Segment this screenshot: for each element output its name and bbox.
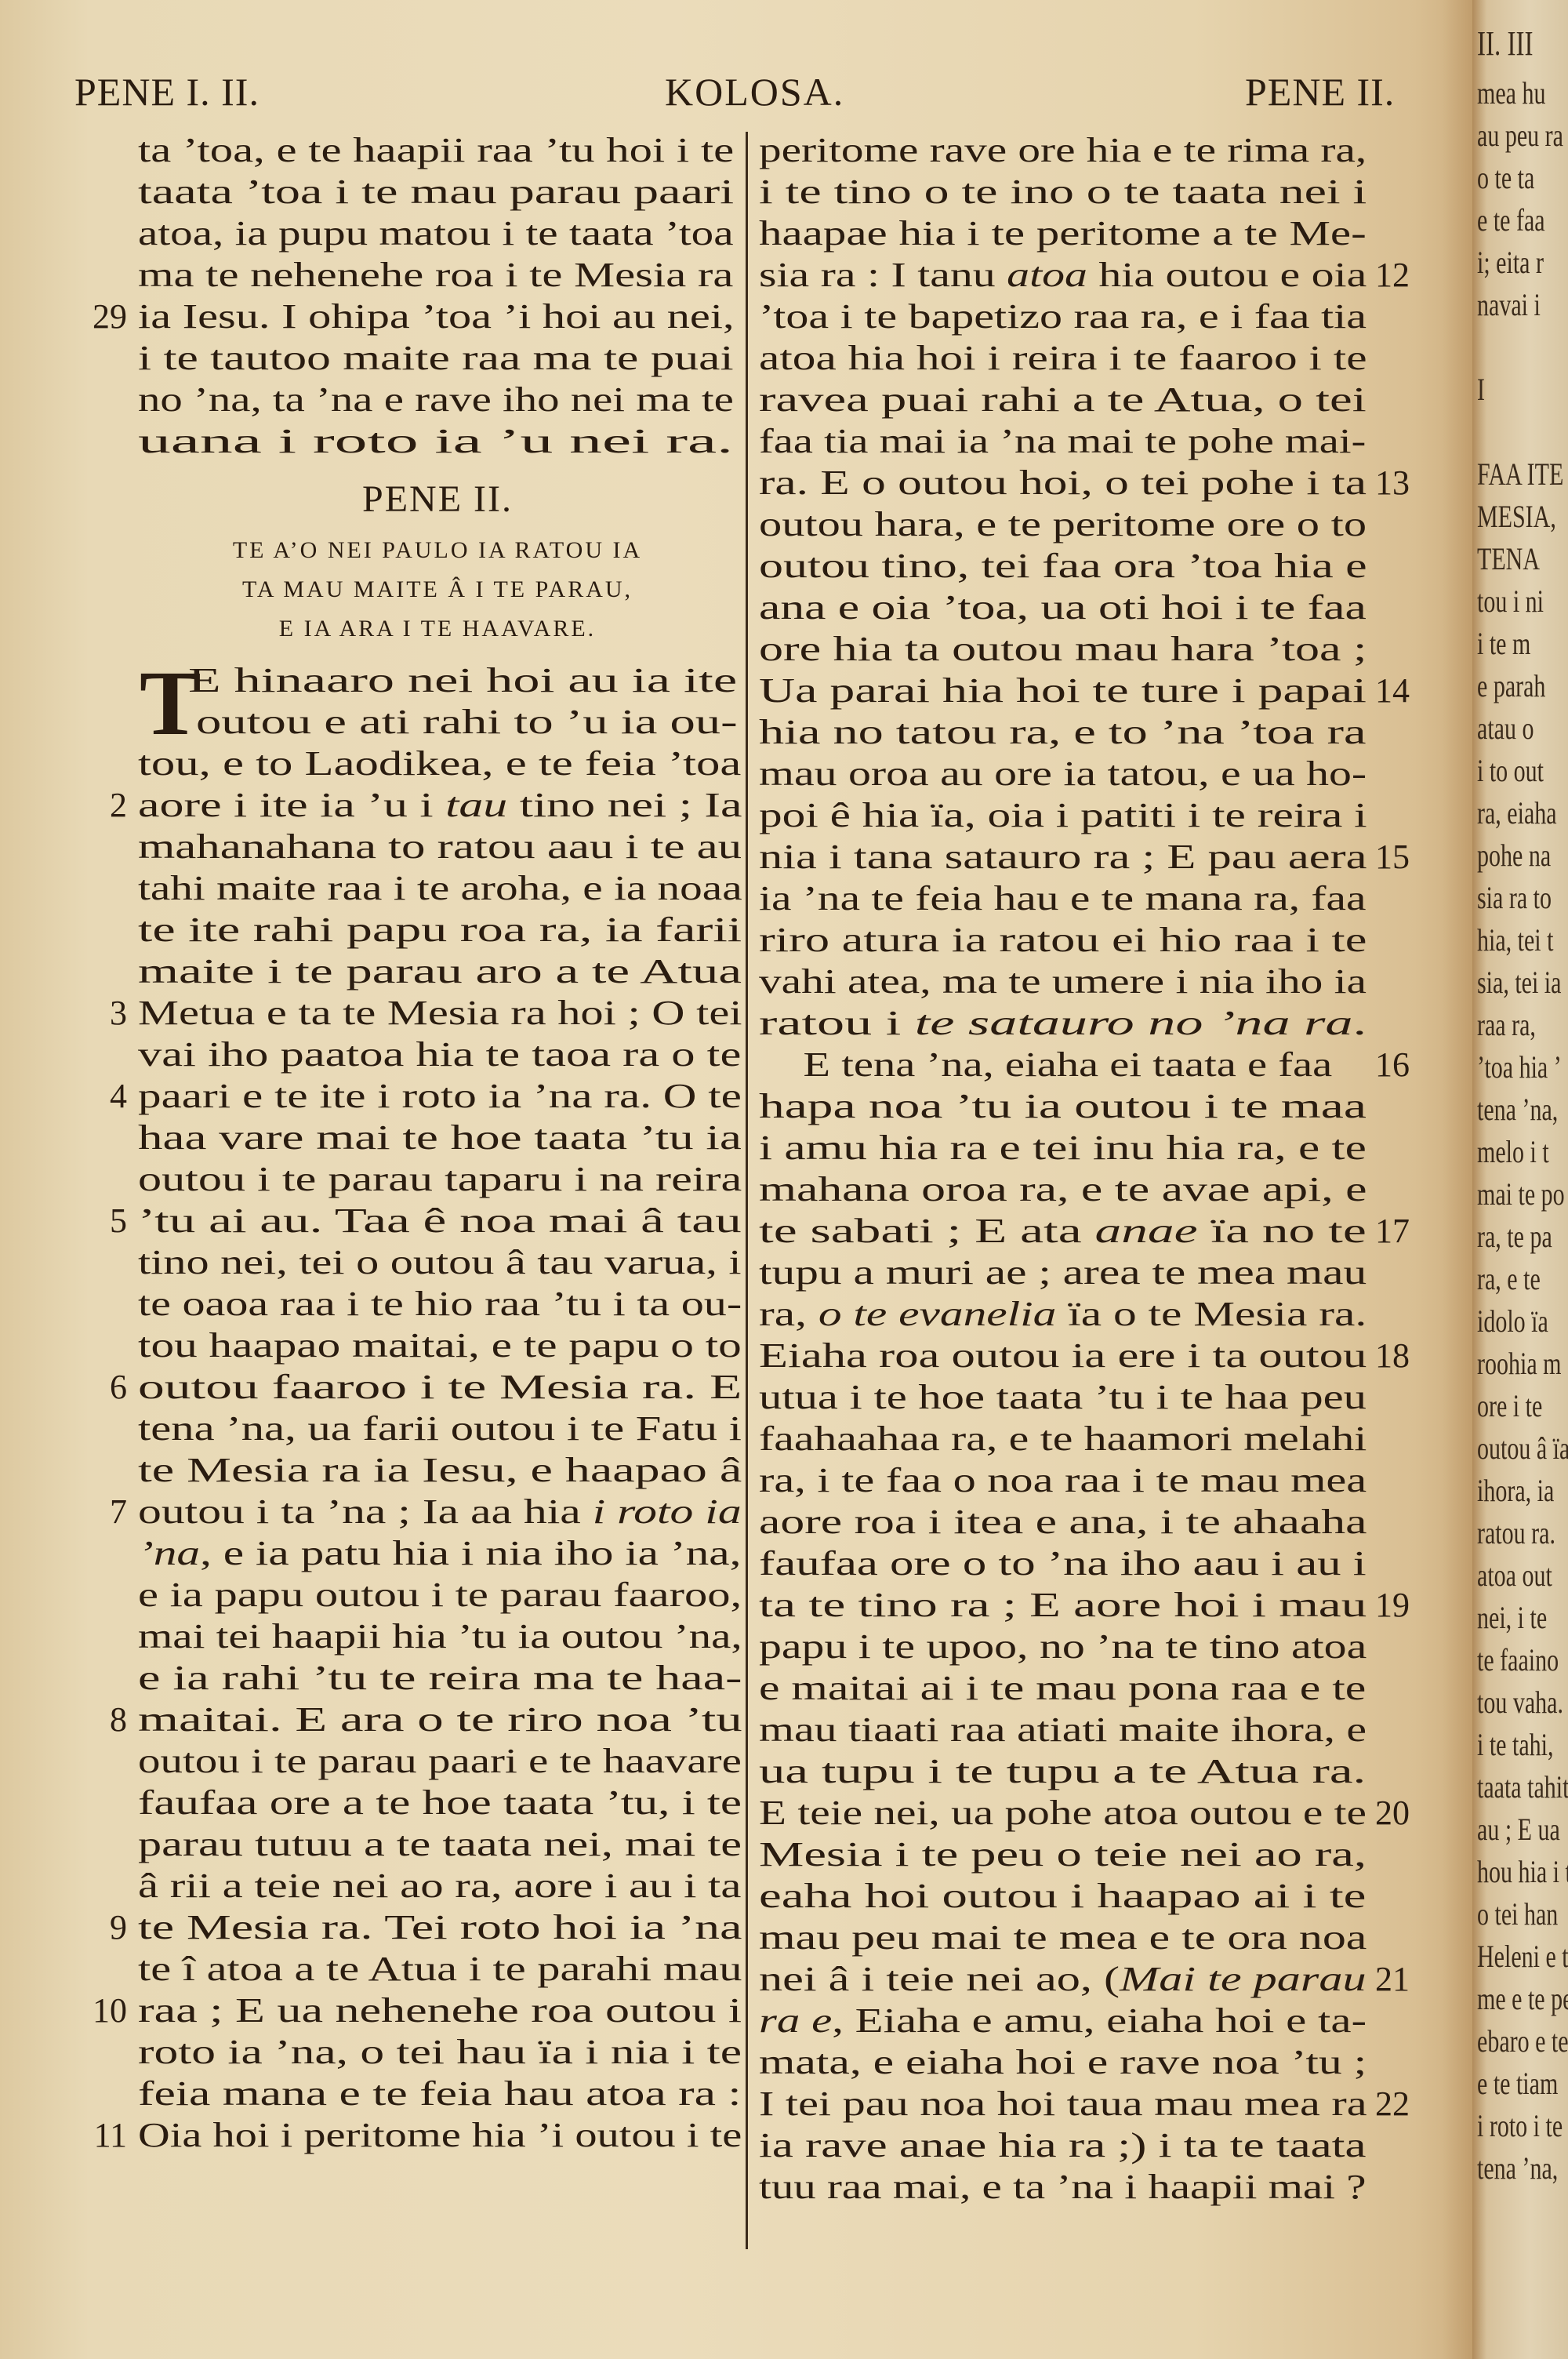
verse-text: eaha hoi outou i haapao ai i te	[759, 1875, 1366, 1917]
verse-line: uana i roto ia ’u nei ra.	[71, 420, 737, 462]
next-page-line: o tei han	[1477, 1896, 1558, 1932]
verse-line: 29ia Iesu. I ohipa ’toa ’i hoi au nei,	[71, 296, 737, 337]
verse-number: 16	[1375, 1044, 1422, 1085]
verse-text: I tei pau noa hoi taua mau mea ra	[759, 2083, 1367, 2125]
verse-line: tena ’na, ua farii outou i te Fatu i	[71, 1408, 737, 1449]
verse-text: sia ra : I tanu atoa hia outou e oia	[759, 254, 1367, 296]
verse-text: te Mesia ra ia Iesu, e haapao â	[138, 1449, 742, 1491]
verse-number: 7	[71, 1491, 127, 1532]
verse-line: 20E teie nei, ua pohe atoa outou e te	[759, 1792, 1425, 1834]
verse-text: ’toa i te bapetizo raa ra, e i faa tia	[759, 296, 1367, 337]
next-page-line: e parah	[1477, 667, 1545, 704]
verse-number: 8	[71, 1699, 127, 1740]
verse-text: outou i te parau paari e te haavare	[138, 1740, 742, 1782]
next-page-line: sia ra to	[1477, 879, 1552, 916]
verse-line: vai iho paatoa hia te taoa ra o te	[71, 1034, 737, 1075]
verse-line: hapa noa ’tu ia outou i te maa	[759, 1085, 1425, 1127]
verse-text: E tena ’na, eiaha ei taata e faa	[759, 1044, 1332, 1085]
verse-number: 11	[71, 2114, 127, 2156]
verse-line: 11Oia hoi i peritome hia ’i outou i te	[71, 2114, 737, 2156]
verse-number: 5	[71, 1200, 127, 1241]
summary-line: TE A’O NEI PAULO IA RATOU IA	[138, 531, 737, 570]
verse-text: feia mana e te feia hau atoa ra :	[138, 2073, 742, 2114]
next-page-line: taata tahit	[1477, 1768, 1568, 1805]
verse-line: mai tei haapii hia ’tu ia outou ’na,	[71, 1616, 737, 1657]
next-page-line: roohia m	[1477, 1345, 1561, 1382]
verse-text: Oia hoi i peritome hia ’i outou i te	[138, 2114, 742, 2156]
verse-text: ra. E o outou hoi, o tei pohe i ta	[759, 462, 1367, 503]
verse-text: vahi atea, ma te umere i nia iho ia	[759, 961, 1367, 1002]
verse-line: i te tino o te ino o te taata nei i	[759, 171, 1425, 213]
next-page-line: te faaino	[1477, 1641, 1559, 1678]
next-page-line: tena ’na,	[1477, 1091, 1558, 1128]
verse-text: haa vare mai te hoe taata ’tu ia	[138, 1117, 742, 1158]
verse-line: 22I tei pau noa hoi taua mau mea ra	[759, 2083, 1425, 2125]
verse-number: 2	[71, 784, 127, 826]
verse-text: outou hara, e te peritome ore o to	[759, 503, 1367, 545]
next-page-line: tou i ni	[1477, 583, 1544, 620]
verse-text: poi ê hia ïa, oia i patiti i te reira i	[759, 794, 1367, 836]
verse-line: ra, i te faa o noa raa i te mau mea	[759, 1459, 1425, 1501]
verse-text: raa ; E ua nehenehe roa outou i	[138, 1990, 742, 2031]
next-page-line: i to out	[1477, 752, 1544, 789]
verse-line: 8maitai. E ara o te riro noa ’tu	[71, 1699, 737, 1740]
verse-line: ra, o te evanelia ïa o te Mesia ra.	[759, 1293, 1425, 1335]
verse-text: Ua parai hia hoi te ture i papai	[759, 670, 1367, 711]
verse-line: 17te sabati ; E ata anae ïa no te	[759, 1210, 1425, 1252]
verse-text: te oaoa raa i te hio raa ’tu i ta ou-	[138, 1283, 742, 1325]
verse-text: outou faaroo i te Mesia ra. E	[138, 1366, 742, 1408]
verse-text: atoa hia hoi i reira i te faaroo i te	[759, 337, 1367, 379]
verse-line: ia ’na te feia hau e te mana ra, faa	[759, 878, 1425, 919]
verse-line: poi ê hia ïa, oia i patiti i te reira i	[759, 794, 1425, 836]
verse-text: e maitai ai i te mau pona raa e te	[759, 1667, 1366, 1709]
verse-line: faufaa ore a te hoe taata ’tu, i te	[71, 1782, 737, 1823]
verse-text: tupu a muri ae ; area te mea mau	[759, 1252, 1367, 1293]
verse-line: 13ra. E o outou hoi, o tei pohe i ta	[759, 462, 1425, 503]
verse-line: faahaahaa ra, e te haamori melahi	[759, 1418, 1425, 1459]
verse-line: mau peu mai te mea e te ora noa	[759, 1917, 1425, 1958]
verse-text: tou haapao maitai, e te papu o to	[138, 1325, 742, 1366]
verse-line: 18Eiaha roa outou ia ere i ta outou	[759, 1335, 1425, 1376]
verse-number: 17	[1375, 1210, 1422, 1252]
verse-line: haapae hia i te peritome a te Me-	[759, 213, 1425, 254]
verse-text: tou, e to Laodikea, e te feia ’toa	[138, 743, 741, 784]
verse-text: Mesia i te peu o teie nei ao ra,	[759, 1834, 1367, 1875]
verse-number: 18	[1375, 1335, 1422, 1376]
verse-line: peritome rave ore hia e te rima ra,	[759, 129, 1425, 171]
verse-line: 5’tu ai au. Taa ê noa mai â tau	[71, 1200, 737, 1241]
next-page-line: atau o	[1477, 710, 1534, 747]
verse-text: peritome rave ore hia e te rima ra,	[759, 129, 1367, 171]
verse-text: faufaa ore a te hoe taata ’tu, i te	[138, 1782, 742, 1823]
verse-line: riro atura ia ratou ei hio raa i te	[759, 919, 1425, 961]
verse-line: mata, e eiaha hoi e rave noa ’tu ;	[759, 2041, 1425, 2083]
verse-line: eaha hoi outou i haapao ai i te	[759, 1875, 1425, 1917]
verse-line: te ite rahi papu roa ra, ia farii	[71, 909, 737, 951]
verse-line: utua i te hoe taata ’tu i te haa peu	[759, 1376, 1425, 1418]
chapter-heading: PENE II.	[71, 468, 737, 531]
verse-number: 3	[71, 992, 127, 1034]
verse-text: ana e oia ’toa, ua oti hoi i te faa	[759, 587, 1367, 628]
chapter-summary: TE A’O NEI PAULO IA RATOU IATA MAU MAITE…	[71, 531, 737, 649]
verse-line: e maitai ai i te mau pona raa e te	[759, 1667, 1425, 1709]
verse-line: tahi maite raa i te aroha, e ia noaa	[71, 867, 737, 909]
verse-line: ana e oia ’toa, ua oti hoi i te faa	[759, 587, 1425, 628]
verse-text: i te tautoo maite raa ma te puai	[138, 337, 734, 379]
next-page-line: Heleni e te	[1477, 1938, 1568, 1975]
verse-text: ravea puai rahi a te Atua, o tei	[759, 379, 1367, 420]
verse-text: ra e, Eiaha e amu, eiaha hoi e ta-	[759, 2000, 1367, 2041]
italic-span: atoa	[1007, 256, 1087, 294]
verse-text: te sabati ; E ata anae ïa no te	[759, 1210, 1367, 1252]
next-page-line: e te faa	[1477, 202, 1545, 238]
next-page-line: mea hu	[1477, 75, 1545, 111]
verse-text: hapa noa ’tu ia outou i te maa	[759, 1085, 1367, 1127]
verse-line: â rii a teie nei ao ra, aore i au i ta	[71, 1865, 737, 1906]
verse-line: atoa hia hoi i reira i te faaroo i te	[759, 337, 1425, 379]
verse-line: feia mana e te feia hau atoa ra :	[71, 2073, 737, 2114]
verse-line: 19ta te tino ra ; E aore hoi i mau	[759, 1584, 1425, 1626]
verse-text: mau peu mai te mea e te ora noa	[759, 1917, 1367, 1958]
verse-text: ia rave anae hia ra ;) i ta te taata	[759, 2125, 1367, 2166]
next-page-line: tena ’na,	[1477, 2150, 1558, 2186]
verse-text: mahanahana to ratou aau i te au	[138, 826, 742, 867]
verse-line: 12sia ra : I tanu atoa hia outou e oia	[759, 254, 1425, 296]
verse-line: te î atoa a te Atua i te parahi mau	[71, 1948, 737, 1990]
verse-number: 21	[1375, 1958, 1422, 2000]
next-page-running-head: II. III	[1477, 24, 1533, 64]
next-page-line: i te tahi,	[1477, 1726, 1553, 1763]
verse-text: te Mesia ra. Tei roto hoi ia ’na	[138, 1906, 742, 1948]
verse-line: papu i te upoo, no ’na te tino atoa	[759, 1626, 1425, 1667]
verse-line: ratou i te satauro no ’na ra.	[759, 1002, 1425, 1044]
verse-text: tahi maite raa i te aroha, e ia noaa	[138, 867, 742, 909]
verse-line: 9te Mesia ra. Tei roto hoi ia ’na	[71, 1906, 737, 1948]
next-page-line: MESIA,	[1477, 498, 1556, 535]
verse-line: outou i te parau taparu i na reira	[71, 1158, 737, 1200]
column-divider	[746, 132, 748, 2249]
next-page-line: ’toa hia ’	[1477, 1049, 1562, 1085]
verse-number: 14	[1375, 670, 1422, 711]
verse-text: mau tiaati raa atiati maite ihora, e	[759, 1709, 1367, 1750]
running-head-title: KOLOSA.	[665, 69, 844, 114]
verse-text: E teie nei, ua pohe atoa outou e te	[759, 1792, 1367, 1834]
verse-text: mahana oroa ra, e te avae api, e	[759, 1169, 1367, 1210]
verse-text: outou tino, tei faa ora ’toa hia e	[759, 545, 1367, 587]
italic-span: tau	[445, 786, 507, 824]
next-page-line: FAA ITE	[1477, 456, 1563, 493]
next-page-line: i te m	[1477, 625, 1530, 662]
verse-text: i amu hia ra e tei inu hia ra, e te	[759, 1127, 1367, 1169]
verse-line: e ia papu outou i te parau faaroo,	[71, 1574, 737, 1616]
verse-text: maitai. E ara o te riro noa ’tu	[138, 1699, 742, 1740]
verse-line: faa tia mai ia ’na mai te pohe mai-	[759, 420, 1425, 462]
next-page-line: ihora, ia	[1477, 1472, 1554, 1509]
verse-text: mata, e eiaha hoi e rave noa ’tu ;	[759, 2041, 1367, 2083]
verse-line: roto ia ’na, o tei hau ïa i nia i te	[71, 2031, 737, 2073]
running-head-left: PENE I. II.	[74, 69, 260, 114]
verse-line: ore hia ta outou mau hara ’toa ;	[759, 628, 1425, 670]
verse-line: maite i te parau aro a te Atua	[71, 951, 737, 992]
verse-text: outou i ta ’na ; Ia aa hia i roto ia	[138, 1491, 742, 1532]
next-page-line: mai te po	[1477, 1176, 1565, 1212]
verse-text: papu i te upoo, no ’na te tino atoa	[759, 1626, 1367, 1667]
verse-text: ta ’toa, e te haapii raa ’tu hoi i te	[138, 129, 734, 171]
next-page-line: ore i te	[1477, 1387, 1542, 1424]
verse-line: mahana oroa ra, e te avae api, e	[759, 1169, 1425, 1210]
verse-text: taata ’toa i te mau parau paari	[138, 171, 734, 213]
verse-text: ra, o te evanelia ïa o te Mesia ra.	[759, 1293, 1367, 1335]
verse-line: mau oroa au ore ia tatou, e ua ho-	[759, 753, 1425, 794]
verse-text: no ’na, ta ’na e rave iho nei ma te	[138, 379, 734, 420]
next-page-line: navai i	[1477, 286, 1541, 323]
verse-text: e ia rahi ’tu te reira ma te haa-	[138, 1657, 742, 1699]
book-page: PENE I. II. KOLOSA. PENE II. ta ’toa, e …	[0, 0, 1490, 2359]
verse-text: i te tino o te ino o te taata nei i	[759, 171, 1367, 213]
verse-text: faufaa ore o to ’na iho aau i au i	[759, 1543, 1367, 1584]
verse-text: hia no tatou ra, e to ’na ’toa ra	[759, 711, 1366, 753]
right-column: peritome rave ore hia e te rima ra,i te …	[759, 129, 1425, 2208]
verse-line: 16E tena ’na, eiaha ei taata e faa	[759, 1044, 1425, 1085]
verse-text: haapae hia i te peritome a te Me-	[759, 213, 1367, 254]
verse-line: ia rave anae hia ra ;) i ta te taata	[759, 2125, 1425, 2166]
verse-number: 20	[1375, 1792, 1422, 1834]
verse-line: outou i te parau paari e te haavare	[71, 1740, 737, 1782]
italic-span: Mai te parau	[1120, 1960, 1367, 1998]
verse-text: Metua e ta te Mesia ra hoi ; O tei	[138, 992, 742, 1034]
italic-span: o te evanelia	[818, 1295, 1057, 1333]
verse-text: ratou i te satauro no ’na ra.	[759, 1002, 1367, 1044]
italic-span: ra e	[759, 2001, 832, 2040]
verse-text: ore hia ta outou mau hara ’toa ;	[759, 628, 1367, 670]
verse-text: aore i ite ia ’u i tau tino nei ; Ia	[138, 784, 742, 826]
verse-line: e ia rahi ’tu te reira ma te haa-	[71, 1657, 737, 1699]
verse-text: ia ’na te feia hau e te mana ra, faa	[759, 878, 1367, 919]
verse-line: faufaa ore o to ’na iho aau i au i	[759, 1543, 1425, 1584]
spacer	[71, 462, 737, 468]
next-page-edge: II. IIImea huau peu rao te tae te faai; …	[1472, 0, 1568, 2359]
next-page-line: tou vaha.	[1477, 1684, 1563, 1721]
next-page-line: au ; E ua	[1477, 1811, 1560, 1848]
verse-number: 6	[71, 1366, 127, 1408]
verse-text: faahaahaa ra, e te haamori melahi	[759, 1418, 1367, 1459]
verse-line: ’na, e ia patu hia i nia iho ia ’na,	[71, 1532, 737, 1574]
verse-number: 13	[1375, 462, 1422, 503]
verse-text: ua tupu i te tupu a te Atua ra.	[759, 1750, 1366, 1792]
verse-line: outou tino, tei faa ora ’toa hia e	[759, 545, 1425, 587]
verse-line: 6outou faaroo i te Mesia ra. E	[71, 1366, 737, 1408]
italic-span: anae	[1095, 1212, 1198, 1250]
next-page-line: raa ra,	[1477, 1006, 1536, 1043]
verse-text: outou e ati rahi to ’u ia ou-	[196, 701, 738, 743]
verse-text: maite i te parau aro a te Atua	[138, 951, 742, 992]
next-page-line: ra, eiaha	[1477, 794, 1557, 831]
verse-text: ra, i te faa o noa raa i te mau mea	[759, 1459, 1367, 1501]
next-page-line: me e te pe	[1477, 1980, 1568, 2017]
next-page-line: sia, tei ia	[1477, 964, 1561, 1001]
verse-line: vahi atea, ma te umere i nia iho ia	[759, 961, 1425, 1002]
italic-span: te satauro no ’na ra	[915, 1004, 1353, 1042]
verse-line: tuu raa mai, e ta ’na i haapii mai ?	[759, 2166, 1425, 2208]
verse-line: mahanahana to ratou aau i te au	[71, 826, 737, 867]
verse-text: tino nei, tei o outou â tau varua, i	[138, 1241, 742, 1283]
verse-line: tou haapao maitai, e te papu o to	[71, 1325, 737, 1366]
next-page-line: au peu ra	[1477, 117, 1563, 154]
verse-text: e ia papu outou i te parau faaroo,	[138, 1574, 742, 1616]
verse-line: te Mesia ra ia Iesu, e haapao â	[71, 1449, 737, 1491]
verse-line: atoa, ia pupu matou i te taata ’toa	[71, 213, 737, 254]
verse-line: 3Metua e ta te Mesia ra hoi ; O tei	[71, 992, 737, 1034]
verse-number: 10	[71, 1990, 127, 2031]
verse-text: riro atura ia ratou ei hio raa i te	[759, 919, 1367, 961]
verse-line: ra e, Eiaha e amu, eiaha hoi e ta-	[759, 2000, 1425, 2041]
verse-line: ta ’toa, e te haapii raa ’tu hoi i te	[71, 129, 737, 171]
running-head-left-text: PENE I. II.	[74, 70, 260, 114]
verse-line: no ’na, ta ’na e rave iho nei ma te	[71, 379, 737, 420]
verse-line: 21nei â i teie nei ao, (Mai te parau	[759, 1958, 1425, 2000]
italic-span: i roto ia	[593, 1492, 742, 1531]
verse-line: outou hara, e te peritome ore o to	[759, 503, 1425, 545]
verse-text: nia i tana satauro ra ; E pau aera	[759, 836, 1367, 878]
next-page-line: o te ta	[1477, 159, 1534, 196]
verse-line: ’toa i te bapetizo raa ra, e i faa tia	[759, 296, 1425, 337]
verse-text: E hinaaro nei hoi au ia ite	[188, 660, 737, 701]
verse-number: 19	[1375, 1584, 1422, 1626]
verse-text: ’tu ai au. Taa ê noa mai â tau	[138, 1200, 742, 1241]
book-title: KOLOSA.	[665, 70, 844, 114]
verse-line: taata ’toa i te mau parau paari	[71, 171, 737, 213]
verse-text: roto ia ’na, o tei hau ïa i nia i te	[138, 2031, 742, 2073]
verse-line: te oaoa raa i te hio raa ’tu i ta ou-	[71, 1283, 737, 1325]
next-page-line: hia, tei t	[1477, 921, 1553, 958]
verse-text: uana i roto ia ’u nei ra.	[138, 420, 733, 462]
verse-text: utua i te hoe taata ’tu i te haa peu	[759, 1376, 1367, 1418]
summary-line: E IA ARA I TE HAAVARE.	[138, 609, 737, 649]
verse-line: 7outou i ta ’na ; Ia aa hia i roto ia	[71, 1491, 737, 1532]
verse-line: 10raa ; E ua nehenehe roa outou i	[71, 1990, 737, 2031]
verse-text: atoa, ia pupu matou i te taata ’toa	[138, 213, 734, 254]
next-page-line: pohe na	[1477, 837, 1551, 874]
next-page-line: ratou ra.	[1477, 1514, 1555, 1551]
verse-line: hia no tatou ra, e to ’na ’toa ra	[759, 711, 1425, 753]
verse-line: tino nei, tei o outou â tau varua, i	[71, 1241, 737, 1283]
verse-text: â rii a teie nei ao ra, aore i au i ta	[138, 1865, 741, 1906]
verse-line: tou, e to Laodikea, e te feia ’toa	[71, 743, 737, 784]
verse-text: parau tutuu a te taata nei, mai te	[138, 1823, 742, 1865]
next-page-line: ra, e te	[1477, 1260, 1541, 1297]
next-page-line: outou â ïa	[1477, 1430, 1568, 1467]
next-page-line: hou hia i t	[1477, 1853, 1568, 1890]
next-page-line: ebaro e te	[1477, 2023, 1568, 2059]
verse-text: ta te tino ra ; E aore hoi i mau	[759, 1584, 1367, 1626]
verse-text: outou i te parau taparu i na reira	[138, 1158, 742, 1200]
verse-number: 12	[1375, 254, 1422, 296]
verse-line: ma te nehenehe roa i te Mesia ra	[71, 254, 737, 296]
verse-text: mau oroa au ore ia tatou, e ua ho-	[759, 753, 1367, 794]
verse-line: 2aore i ite ia ’u i tau tino nei ; Ia	[71, 784, 737, 826]
verse-text: mai tei haapii hia ’tu ia outou ’na,	[138, 1616, 742, 1657]
left-column: ta ’toa, e te haapii raa ’tu hoi i tetaa…	[71, 129, 737, 2156]
running-head-right: PENE II.	[1245, 69, 1395, 114]
verse-number: 29	[71, 296, 127, 337]
verse-line: mau tiaati raa atiati maite ihora, e	[759, 1709, 1425, 1750]
verse-number: 4	[71, 1075, 127, 1117]
verse-line: 14Ua parai hia hoi te ture i papai	[759, 670, 1425, 711]
next-page-line: idolo ïa	[1477, 1303, 1548, 1339]
verse-text: te ite rahi papu roa ra, ia farii	[138, 909, 742, 951]
verse-line: aore roa i itea e ana, i te ahaaha	[759, 1501, 1425, 1543]
next-page-line: nei, i te	[1477, 1599, 1547, 1636]
verse-line: ravea puai rahi a te Atua, o tei	[759, 379, 1425, 420]
verse-line: haa vare mai te hoe taata ’tu ia	[71, 1117, 737, 1158]
verse-line: 4paari e te ite i roto ia ’na ra. O te	[71, 1075, 737, 1117]
summary-line: TA MAU MAITE Â I TE PARAU,	[138, 570, 737, 609]
verse-line: ua tupu i te tupu a te Atua ra.	[759, 1750, 1425, 1792]
next-page-line: e te tiam	[1477, 2065, 1558, 2102]
verse-text: tuu raa mai, e ta ’na i haapii mai ?	[759, 2166, 1367, 2208]
verse-text: ma te nehenehe roa i te Mesia ra	[138, 254, 733, 296]
verse-number: 15	[1375, 836, 1422, 878]
verse-text: aore roa i itea e ana, i te ahaaha	[759, 1501, 1367, 1543]
running-head-right-text: PENE II.	[1245, 70, 1395, 114]
verse-text: vai iho paatoa hia te taoa ra o te	[138, 1034, 741, 1075]
verse-number: 9	[71, 1906, 127, 1948]
next-page-line: i; eita r	[1477, 244, 1544, 281]
verse-text: faa tia mai ia ’na mai te pohe mai-	[759, 420, 1366, 462]
verse-line: 15nia i tana satauro ra ; E pau aera	[759, 836, 1425, 878]
verse-text: tena ’na, ua farii outou i te Fatu i	[138, 1408, 742, 1449]
verse-text: paari e te ite i roto ia ’na ra. O te	[138, 1075, 742, 1117]
verse-text: nei â i teie nei ao, (Mai te parau	[759, 1958, 1367, 2000]
verse-line: i te tautoo maite raa ma te puai	[71, 337, 737, 379]
verse-text: te î atoa a te Atua i te parahi mau	[138, 1948, 742, 1990]
verse-text: Eiaha roa outou ia ere i ta outou	[759, 1335, 1367, 1376]
verse-number: 22	[1375, 2083, 1422, 2125]
dropcap-paragraph: TE hinaaro nei hoi au ia iteoutou e ati …	[71, 660, 737, 743]
verse-text: ia Iesu. I ohipa ’toa ’i hoi au nei,	[138, 296, 735, 337]
verse-line: i amu hia ra e tei inu hia ra, e te	[759, 1127, 1425, 1169]
next-page-line: TENA	[1477, 540, 1540, 577]
next-page-line: melo i t	[1477, 1133, 1549, 1170]
next-page-line: ra, te pa	[1477, 1218, 1552, 1255]
next-page-line: I	[1477, 371, 1485, 408]
next-page-line: i roto i te	[1477, 2107, 1563, 2144]
verse-line: tupu a muri ae ; area te mea mau	[759, 1252, 1425, 1293]
verse-line: parau tutuu a te taata nei, mai te	[71, 1823, 737, 1865]
verse-text: ’na, e ia patu hia i nia iho ia ’na,	[138, 1532, 741, 1574]
next-page-line: atoa out	[1477, 1557, 1552, 1594]
italic-span: ’na	[138, 1534, 200, 1572]
verse-line: Mesia i te peu o teie nei ao ra,	[759, 1834, 1425, 1875]
